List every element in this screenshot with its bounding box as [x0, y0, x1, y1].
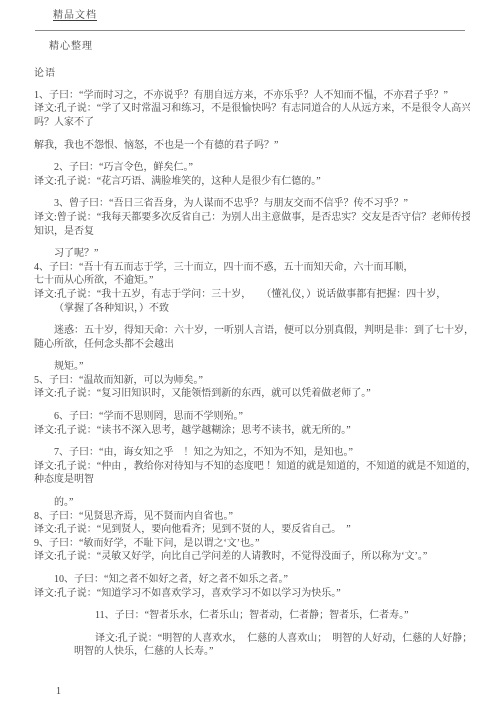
text-line: 吗？人家不了	[34, 116, 470, 130]
text-line: 7、子曰：“由，诲女知之乎 ！知之为知之，不知为不知，是知也。”	[54, 446, 470, 460]
text-line: 译文:孔子说：“仲由 ，教给你对待知与不知的态度吧 ！知道的就是知道的，不知道的…	[34, 460, 470, 474]
text-line: 译文:孔子说：“灵敏又好学，向比自己学问差的人请教时，不觉得没面子，所以称为‘文…	[34, 550, 470, 564]
text-line: 译文:孔子说：“明智的人喜欢水， 仁慈的人喜欢山； 明智的人好动，仁慈的人好静；	[95, 632, 470, 646]
text-line: 知识，是否复	[34, 225, 470, 239]
text-line: 8、子曰：“见贤思齐焉，见不贤而内自省也。”	[34, 510, 470, 524]
text-line: 译文:孔子说：“见到贤人，要向他看齐；见到不贤的人，要反省自己。 ”	[34, 523, 470, 537]
text-line: 译文:孔子说：“读书不深入思考，越学越糊涂；思考不读书，就无所的。”	[34, 424, 470, 438]
text-line: 译文:孔子说：“花言巧语、满脸堆笑的，这种人是很少有仁德的。”	[34, 175, 470, 189]
page-header: 精品文档	[35, 9, 465, 31]
document-body: 1、子曰：“学而时习之，不亦说乎？有朋自远方来，不亦乐乎？人不知而不愠，不亦君子…	[34, 89, 470, 659]
text-line: 的。”	[54, 496, 470, 510]
text-line: 规矩。”	[54, 360, 470, 374]
document-page: 精品文档 精心整理 论语 1、子曰：“学而时习之，不亦说乎？有朋自远方来，不亦乐…	[0, 0, 500, 707]
text-line: 七十而从心所欲，不逾矩。”	[34, 274, 470, 288]
text-line: 译文:孔子说：“知道学习不如喜欢学习，喜欢学习不如以学习为快乐。”	[34, 587, 470, 601]
text-line: 3、曾子曰：“吾日三省吾身，为人谋而不忠乎？与朋友交而不信乎？传不习乎？”	[54, 197, 470, 211]
text-line: 11、子曰：“智者乐水，仁者乐山；智者动，仁者静；智者乐，仁者寿。”	[95, 609, 470, 623]
text-line: 译文:孔子说：“我十五岁，有志于学问：三十岁， （懂礼仪，）说话做事都有把握：四…	[34, 288, 470, 302]
text-line: 随心所欲，任何念头都不会越出	[34, 338, 470, 352]
header-title: 精品文档	[53, 10, 97, 21]
text-line: 习了呢？”	[54, 247, 470, 261]
page-number: 1	[56, 685, 61, 699]
text-line: 译文:曾子说：“我每天都要多次反省自己：为别人出主意做事，是否忠实？交友是否守信…	[34, 211, 470, 225]
text-line: 明智的人快乐，仁慈的人长寿。”	[74, 645, 470, 659]
text-line: 迷惑：五十岁，得知天命：六十岁，一听别人言语，便可以分别真假，判明是非：到了七十…	[54, 324, 470, 338]
text-line: 1、子曰：“学而时习之，不亦说乎？有朋自远方来，不亦乐乎？人不知而不愠，不亦君子…	[34, 89, 470, 103]
text-line: 9、子曰：“敏而好学，不耻下问，是以谓之‘文’也。”	[34, 537, 470, 551]
text-line: 4、子曰：“吾十有五而志于学，三十而立，四十而不惑，五十而知天命，六十而耳顺，	[34, 261, 470, 275]
doc-title: 论语	[34, 67, 470, 81]
text-line: 2、子曰：“巧言令色，鲜矣仁。”	[54, 161, 470, 175]
text-line: （掌握了各种知识，）不致	[54, 302, 470, 316]
text-line: 5、子曰：“温故而知新，可以为师矣。”	[34, 374, 470, 388]
text-line: 译文:孔子说：“学了又时常温习和练习，不是很愉快吗？有志同道合的人从远方来，不是…	[34, 102, 470, 116]
subheader: 精心整理	[49, 40, 470, 54]
text-line: 10、子曰：“知之者不如好之者，好之者不如乐之者。”	[54, 573, 470, 587]
text-line: 解我，我也不怨恨、恼怒，不也是一个有德的君子吗？”	[34, 139, 470, 153]
text-line: 6、子曰：“学而不思则罔，思而不学则殆。”	[54, 410, 470, 424]
text-line: 种态度是明智	[34, 473, 470, 487]
text-line: 译文:孔子说：“复习旧知识时，又能领悟到新的东西，就可以凭着做老师了。”	[34, 387, 470, 401]
